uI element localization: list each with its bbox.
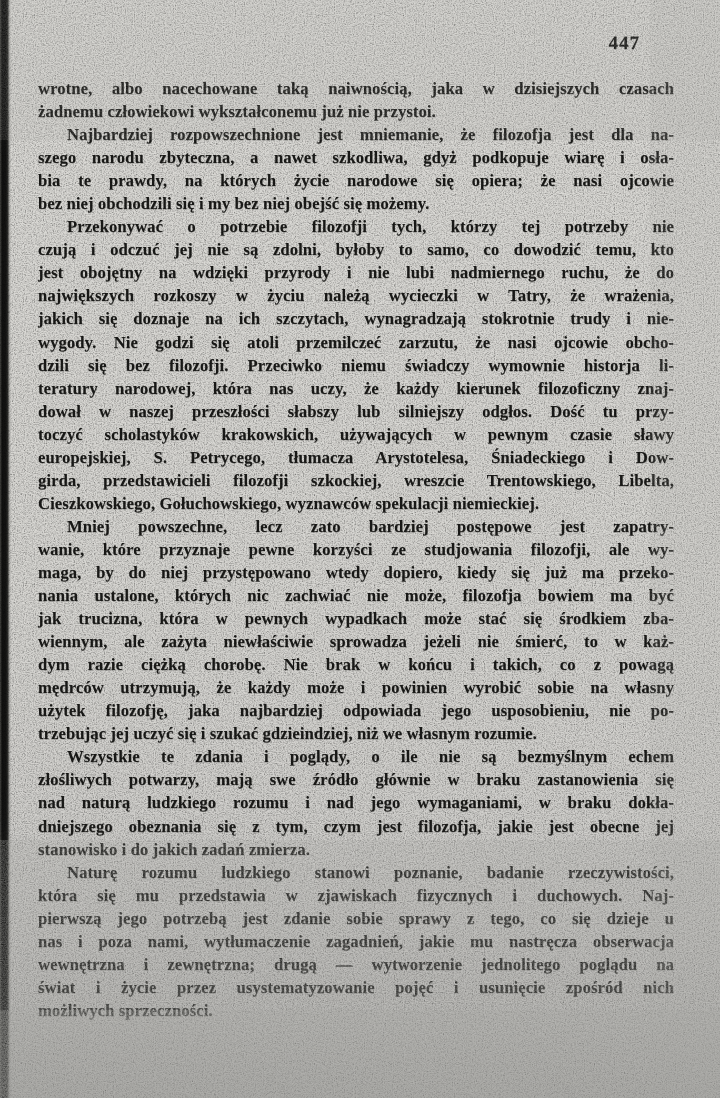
text-line: wygody. Nie godzi się atoli przemilczeć … [38,331,674,354]
body-text: wrotne, albo nacechowane taką naiwnością… [38,77,674,1022]
text-line: maga, by do niej przystępowano wtedy dop… [38,561,674,584]
text-line: wrotne, albo nacechowane taką naiwnością… [38,77,674,100]
text-line: wiennym, ale zażyta niewłaściwie sprowad… [38,630,674,653]
text-line: możliwych sprzeczności. [38,999,674,1022]
text-line: jest obojętny na wdzięki przyrody i nie … [38,261,674,284]
text-line: nad naturą ludzkiego rozumu i nad jego w… [38,791,674,814]
text-line: dzili się bez filozofji. Przeciwko niemu… [38,354,674,377]
text-line: która się mu przedstawia w zjawiskach fi… [38,884,674,907]
text-line: jakich się doznaje na ich szczytach, wyn… [38,307,674,330]
text-line: teratury narodowej, która nas uczy, że k… [38,377,674,400]
text-line: wewnętrzna i zewnętrzna; drugą — wytworz… [38,953,674,976]
text-line: toczyć scholastyków krakowskich, używają… [38,423,674,446]
text-line: największych rozkoszy w życiu należą wyc… [38,284,674,307]
page-number: 447 [609,33,641,55]
text-line: jak trucizna, która w pewnych wypadkach … [38,607,674,630]
text-line: Cieszkowskiego, Gołuchowskiego, wyznawcó… [38,492,674,515]
text-line: stanowisko i do jakich zadań zmierza. [38,838,674,861]
scan-gutter-shadow [0,0,11,1098]
text-line: Najbardziej rozpowszechnione jest mniema… [38,123,674,146]
text-line: nania ustalone, których nic zachwiać nie… [38,584,674,607]
text-line: Wszystkie te zdania i poglądy, o ile nie… [38,745,674,768]
text-line: girda, przedstawicieli filozofji szkocki… [38,469,674,492]
text-line: dował w naszej przeszłości słabszy lub s… [38,400,674,423]
text-line: trzebując jej uczyć się i szukać gdziein… [38,722,674,745]
text-line: żadnemu człowiekowi wykształconemu już n… [38,100,674,123]
text-line: bia te prawdy, na których życie narodowe… [38,169,674,192]
text-line: szego narodu zbyteczna, a nawet szkodliw… [38,146,674,169]
text-line: świat i życie przez usystematyzowanie po… [38,976,674,999]
text-line: mędrców utrzymują, że każdy może i powin… [38,676,674,699]
text-line: wanie, które przyznaje pewne korzyści ze… [38,538,674,561]
text-line: nas i poza nami, wytłumaczenie zagadnień… [38,930,674,953]
text-line: użytek filozofję, jaka najbardziej odpow… [38,699,674,722]
text-line: Naturę rozumu ludzkiego stanowi poznanie… [38,861,674,884]
text-line: europejskiej, S. Petrycego, tłumacza Ary… [38,446,674,469]
text-line: Przekonywać o potrzebie filozofji tych, … [38,215,674,238]
scanned-book-page: 447 wrotne, albo nacechowane taką naiwno… [0,0,720,1098]
text-line: bez niej obchodzili się i my bez niej ob… [38,192,674,215]
text-line: czują i odczuć jej nie są zdolni, byłoby… [38,238,674,261]
text-line: złośliwych potwarzy, mają swe źródło głó… [38,768,674,791]
text-line: dym razie ciężką chorobę. Nie brak w koń… [38,653,674,676]
text-line: pierwszą jego potrzebą jest zdanie sobie… [38,907,674,930]
text-line: Mniej powszechne, lecz zato bardziej pos… [38,515,674,538]
text-line: dniejszego obeznania się z tym, czym jes… [38,815,674,838]
